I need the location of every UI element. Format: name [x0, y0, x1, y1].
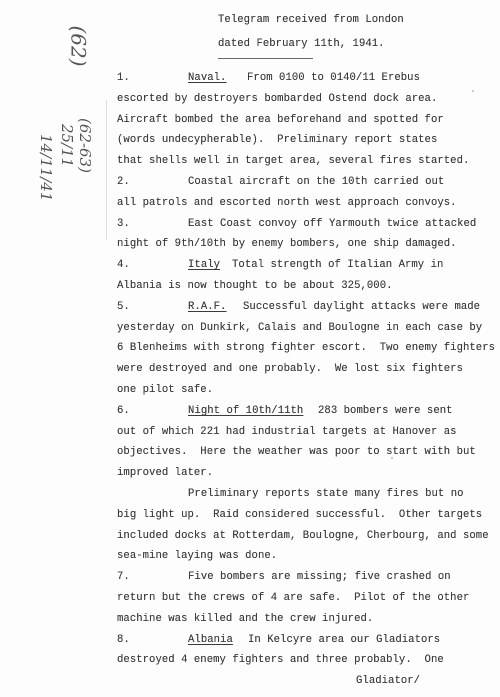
para-6-line-6: big light up. Raid considered successful…: [117, 509, 482, 521]
para-6-number: 6.: [117, 405, 130, 417]
para-4-line-1: Total strength of Italian Army in: [232, 259, 443, 271]
para-1-line-5: that shells well in target area, several…: [117, 155, 469, 167]
para-4-number: 4.: [117, 259, 130, 271]
para-2-line-2: all patrols and escorted north west appr…: [117, 197, 457, 209]
para-8-line-2: destroyed 4 enemy fighters and three pro…: [117, 654, 444, 666]
para-3-number: 3.: [117, 218, 130, 230]
para-6-line-3: objectives. Here the weather was poor to…: [117, 446, 476, 458]
para-4-heading: Italy: [188, 259, 220, 271]
header-line-2: dated February 11th, 1941.: [218, 38, 385, 50]
paper-speck: [472, 90, 474, 92]
para-1-heading: Naval.: [188, 72, 226, 84]
para-7-line-3: machine was killed and the crew injured.: [117, 613, 373, 625]
para-3-line-2: night of 9th/10th by enemy bombers, one …: [117, 238, 457, 250]
para-5-line-2: yesterday on Dunkirk, Calais and Boulogn…: [117, 322, 482, 334]
para-2-line-1: Coastal aircraft on the 10th carried out: [188, 176, 444, 188]
margin-ref-a-handwritten: (62-63): [76, 118, 94, 173]
para-2-number: 2.: [117, 176, 130, 188]
para-6-line-7: included docks at Rotterdam, Boulogne, C…: [117, 530, 489, 542]
para-1-line-3: Aircraft bombed the area beforehand and …: [117, 114, 444, 126]
para-8-number: 8.: [117, 634, 130, 646]
para-8-line-1: In Kelcyre area our Gladiators: [248, 634, 440, 646]
para-6-heading: Night of 10th/11th: [188, 405, 303, 417]
para-1-line-4: (words undecypherable). Preliminary repo…: [117, 134, 437, 146]
para-6-line-5: Preliminary reports state many fires but…: [188, 488, 464, 500]
para-6-line-4: improved later.: [117, 467, 213, 479]
header-underline: [218, 58, 313, 59]
document-page: (62) (62-63) 25/11 14/11/41 Telegram rec…: [0, 0, 500, 697]
paper-speck: [391, 457, 393, 459]
para-4-line-2: Albania is now thought to be about 325,0…: [117, 280, 393, 292]
para-5-line-3: 6 Blenheims with strong fighter escort. …: [117, 342, 495, 354]
para-5-number: 5.: [117, 301, 130, 313]
margin-ref-b-handwritten: 25/11: [58, 124, 76, 167]
para-1-number: 1.: [117, 72, 130, 84]
margin-rule: [106, 100, 107, 240]
para-1-line-2: escorted by destroyers bombarded Ostend …: [117, 93, 437, 105]
para-5-line-4: were destroyed and one probably. We lost…: [117, 363, 463, 375]
header-line-1: Telegram received from London: [218, 14, 404, 26]
para-5-line-5: one pilot safe.: [117, 384, 213, 396]
para-1-line-1: From 0100 to 0140/11 Erebus: [247, 72, 420, 84]
para-6-line-1: 283 bombers were sent: [318, 405, 453, 417]
para-3-line-1: East Coast convoy off Yarmouth twice att…: [188, 218, 476, 230]
para-5-heading: R.A.F.: [188, 301, 226, 313]
para-7-number: 7.: [117, 571, 130, 583]
para-7-line-1: Five bombers are missing; five crashed o…: [188, 571, 451, 583]
para-6-line-8: sea-mine laying was done.: [117, 550, 277, 562]
margin-ref-c-handwritten: 14/11/41: [37, 134, 55, 201]
para-8-heading: Albania: [188, 634, 233, 646]
para-7-line-2: return but the crews of 4 are safe. Pilo…: [117, 592, 469, 604]
para-6-line-2: out of which 221 had industrial targets …: [117, 426, 457, 438]
catchword: Gladiator/: [356, 675, 420, 687]
folio-number-handwritten: (62): [67, 25, 91, 66]
para-5-line-1: Successful daylight attacks were made: [243, 301, 480, 313]
